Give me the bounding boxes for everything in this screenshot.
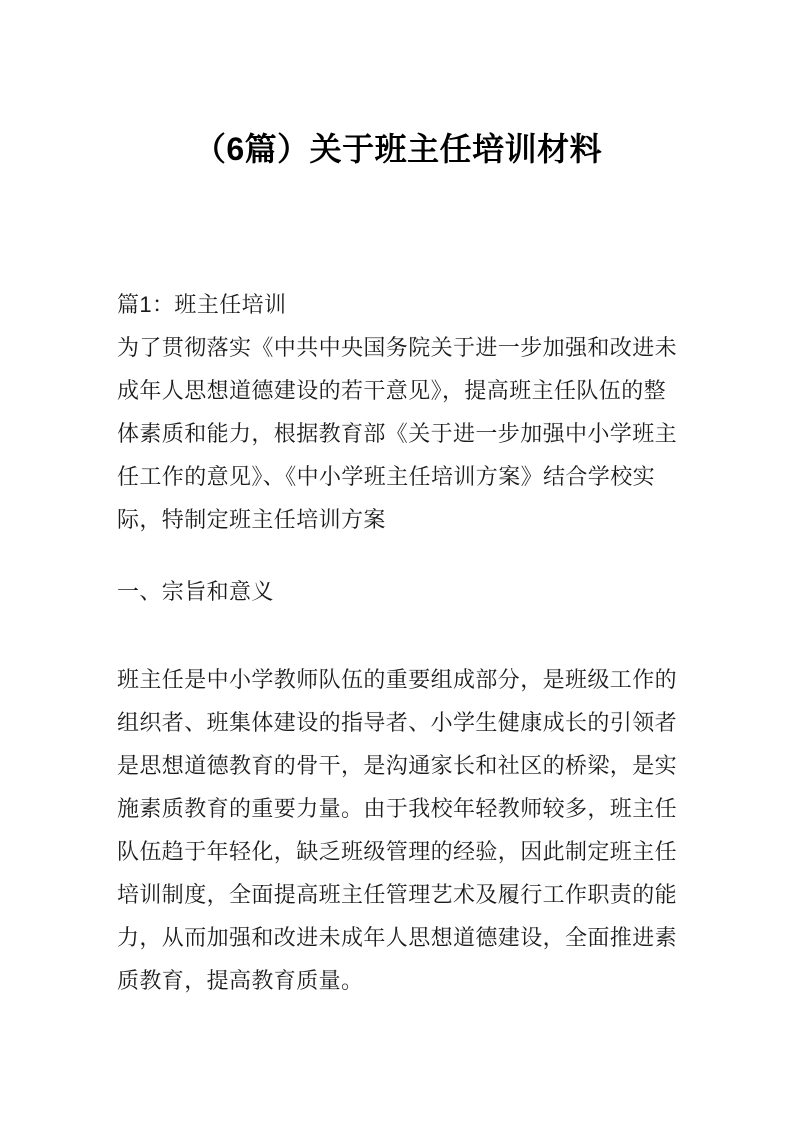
document-body: 篇1：班主任培训 为了贯彻落实《中共中央国务院关于进一步加强和改进未 成年人思想…: [117, 283, 681, 1002]
section-1-heading: 一、宗旨和意义: [117, 570, 681, 613]
document-page: （6篇）关于班主任培训材料 篇1：班主任培训 为了贯彻落实《中共中央国务院关于进…: [0, 0, 793, 1122]
part-1-heading: 篇1：班主任培训: [117, 283, 681, 326]
document-title: （6篇）关于班主任培训材料: [117, 126, 679, 172]
section-1-paragraph: 班主任是中小学教师队伍的重要组成部分，是班级工作的 组织者、班集体建设的指导者、…: [117, 658, 681, 1002]
intro-paragraph: 为了贯彻落实《中共中央国务院关于进一步加强和改进未 成年人思想道德建设的若干意见…: [117, 326, 681, 541]
